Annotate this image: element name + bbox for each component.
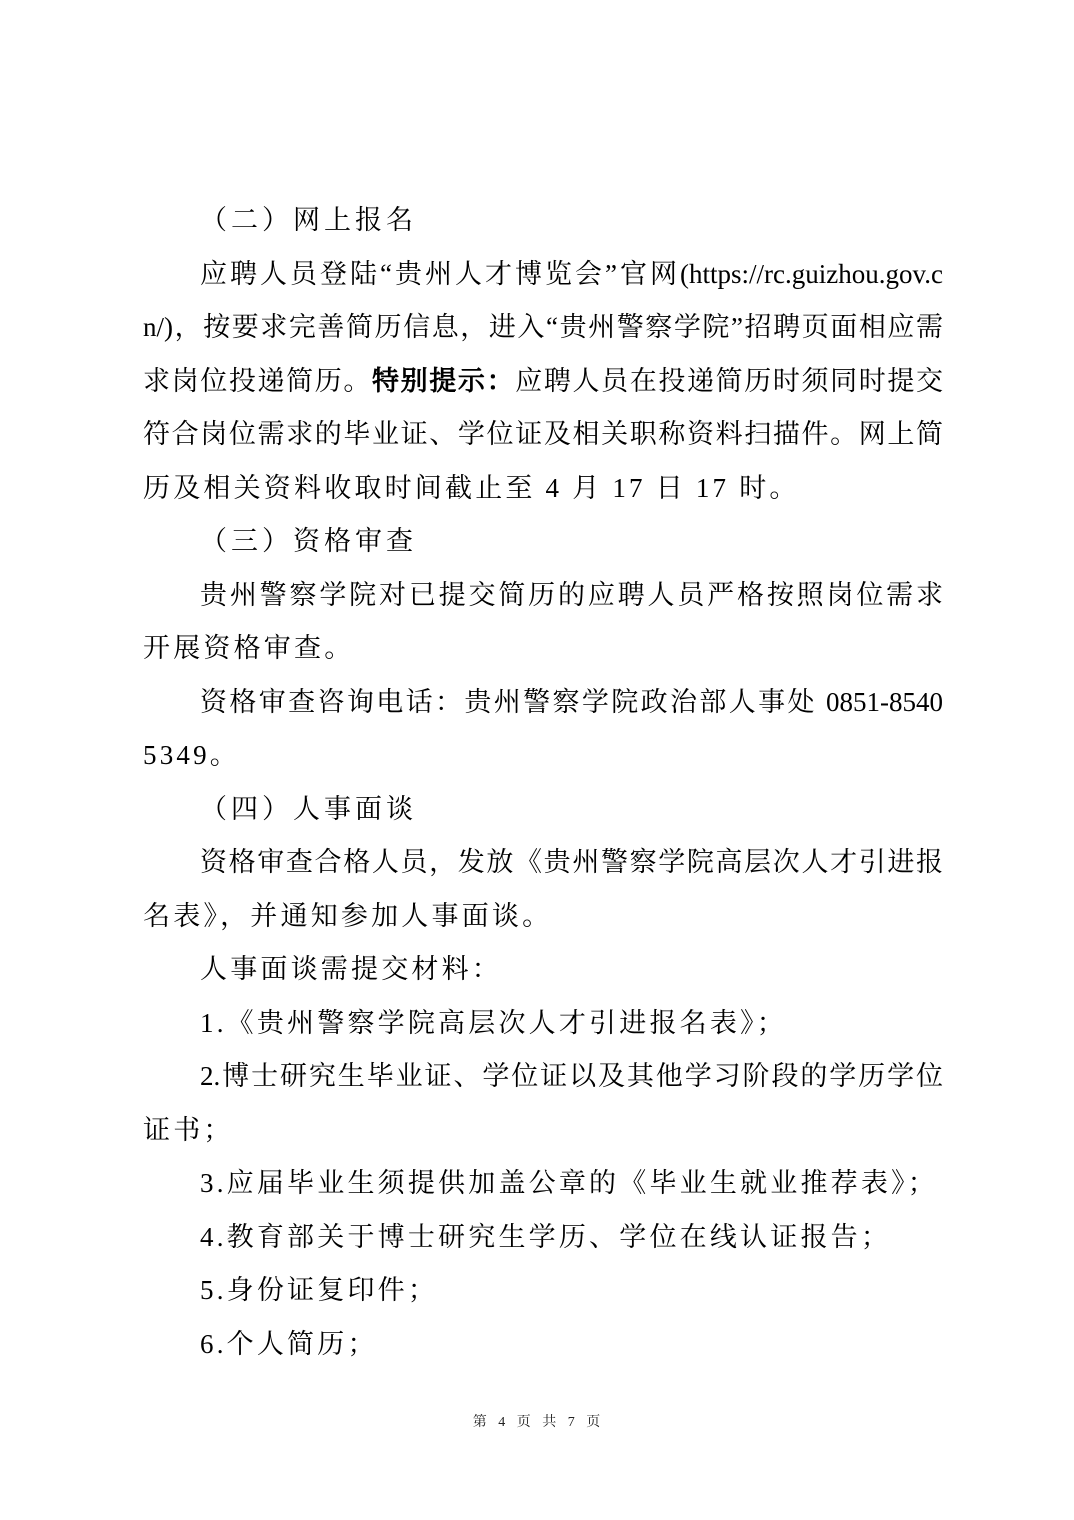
section-heading-qualification-review: （三）资格审查 <box>143 515 943 569</box>
section-heading-interview: （四）人事面谈 <box>143 783 943 837</box>
paragraph-line-special-notice: 求岗位投递简历。特别提示：应聘人员在投递简历时须同时提交 <box>143 355 943 409</box>
list-item: 4.教育部关于博士研究生学历、学位在线认证报告； <box>143 1211 943 1265</box>
text-segment: 应聘人员在投递简历时须同时提交 <box>515 366 943 396</box>
list-item: 6.个人简历； <box>143 1318 943 1372</box>
paragraph-line: 贵州警察学院对已提交简历的应聘人员严格按照岗位需求 <box>143 569 943 623</box>
paragraph-line: 开展资格审查。 <box>143 622 943 676</box>
paragraph-line: 名表》，并通知参加人事面谈。 <box>143 890 943 944</box>
paragraph-line: 符合岗位需求的毕业证、学位证及相关职称资料扫描件。网上简 <box>143 408 943 462</box>
list-item: 3.应届毕业生须提供加盖公章的《毕业生就业推荐表》； <box>143 1157 943 1211</box>
page-number-footer: 第 4 页 共 7 页 <box>0 1411 1074 1431</box>
document-page: （二）网上报名 应聘人员登陆“贵州人才博览会”官网(https://rc.gui… <box>143 194 943 1371</box>
list-item: 5.身份证复印件； <box>143 1264 943 1318</box>
paragraph-line: 资格审查合格人员，发放《贵州警察学院高层次人才引进报 <box>143 836 943 890</box>
list-item-continuation: 证书； <box>143 1104 943 1158</box>
text-segment: 求岗位投递简历。 <box>143 366 372 396</box>
paragraph-line: 人事面谈需提交材料： <box>143 943 943 997</box>
paragraph-line: n/)，按要求完善简历信息，进入“贵州警察学院”招聘页面相应需 <box>143 301 943 355</box>
section-heading-online-registration: （二）网上报名 <box>143 194 943 248</box>
paragraph-line-deadline: 历及相关资料收取时间截止至 4 月 17 日 17 时。 <box>143 462 943 516</box>
list-item: 1.《贵州警察学院高层次人才引进报名表》； <box>143 997 943 1051</box>
paragraph-line-contact-phone: 资格审查咨询电话：贵州警察学院政治部人事处 0851-8540 <box>143 676 943 730</box>
paragraph-line: 5349。 <box>143 729 943 783</box>
list-item: 2.博士研究生毕业证、学位证以及其他学习阶段的学历学位 <box>143 1050 943 1104</box>
paragraph-line: 应聘人员登陆“贵州人才博览会”官网(https://rc.guizhou.gov… <box>143 248 943 302</box>
special-notice-label: 特别提示： <box>372 366 515 396</box>
